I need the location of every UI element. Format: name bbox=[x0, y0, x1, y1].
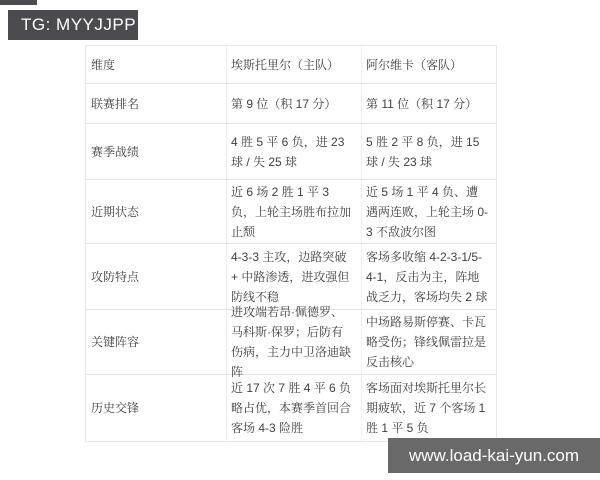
page: TG: MYYJJPP 维度 埃斯托里尔（主队） 阿尔维卡（客队） 联赛排名 第… bbox=[0, 0, 600, 480]
site-watermark-url: www.load-kai-yun.com bbox=[409, 446, 579, 466]
row-away-value: 第 11 位（积 17 分） bbox=[361, 84, 496, 123]
row-away-value: 客场面对埃斯托里尔长期疲软，近 7 个客场 1 胜 1 平 5 负 bbox=[361, 375, 496, 441]
row-away-value: 中场路易斯停赛、卡瓦略受伤；锋线佩雷拉是反击核心 bbox=[361, 310, 496, 374]
table-row-attack-defense: 攻防特点 4-3-3 主攻，边路突破 + 中路渗透，进攻强但防线不稳 客场多收缩… bbox=[86, 243, 496, 309]
table-row-key-lineup: 关键阵容 进攻端若昂·佩德罗、马科斯·保罗；后防有伤病，主力中卫洛迪缺阵 中场路… bbox=[86, 309, 496, 374]
tg-badge-label: TG: MYYJJPP bbox=[21, 15, 136, 35]
header-home-team: 埃斯托里尔（主队） bbox=[226, 46, 361, 83]
table-row-league-ranking: 联赛排名 第 9 位（积 17 分） 第 11 位（积 17 分） bbox=[86, 83, 496, 123]
row-dimension-label: 赛季战绩 bbox=[86, 124, 226, 179]
row-away-value: 客场多收缩 4-2-3-1/5-4-1，反击为主，阵地战乏力，客场均失 2 球 bbox=[361, 244, 496, 309]
row-dimension-label: 关键阵容 bbox=[86, 310, 226, 374]
row-home-value: 近 17 次 7 胜 4 平 6 负略占优，本赛季首回合客场 4-3 险胜 bbox=[226, 375, 361, 441]
header-away-team: 阿尔维卡（客队） bbox=[361, 46, 496, 83]
row-dimension-label: 攻防特点 bbox=[86, 244, 226, 309]
row-dimension-label: 联赛排名 bbox=[86, 84, 226, 123]
table-row-recent-form: 近期状态 近 6 场 2 胜 1 平 3 负，上轮主场胜布拉加止颓 近 5 场 … bbox=[86, 179, 496, 243]
row-away-value: 5 胜 2 平 8 负，进 15 球 / 失 23 球 bbox=[361, 124, 496, 179]
table-row-head-to-head: 历史交锋 近 17 次 7 胜 4 平 6 负略占优，本赛季首回合客场 4-3 … bbox=[86, 374, 496, 441]
row-dimension-label: 近期状态 bbox=[86, 180, 226, 243]
header-dimension: 维度 bbox=[86, 46, 226, 83]
site-watermark: www.load-kai-yun.com bbox=[388, 438, 600, 473]
table-row-season-record: 赛季战绩 4 胜 5 平 6 负，进 23 球 / 失 25 球 5 胜 2 平… bbox=[86, 123, 496, 179]
team-comparison-table: 维度 埃斯托里尔（主队） 阿尔维卡（客队） 联赛排名 第 9 位（积 17 分）… bbox=[85, 45, 497, 442]
row-home-value: 近 6 场 2 胜 1 平 3 负，上轮主场胜布拉加止颓 bbox=[226, 180, 361, 243]
tg-badge: TG: MYYJJPP bbox=[8, 10, 138, 40]
row-home-value: 4-3-3 主攻，边路突破 + 中路渗透，进攻强但防线不稳 bbox=[226, 244, 361, 309]
row-home-value: 4 胜 5 平 6 负，进 23 球 / 失 25 球 bbox=[226, 124, 361, 179]
row-home-value: 第 9 位（积 17 分） bbox=[226, 84, 361, 123]
row-dimension-label: 历史交锋 bbox=[86, 375, 226, 441]
row-home-value: 进攻端若昂·佩德罗、马科斯·保罗；后防有伤病，主力中卫洛迪缺阵 bbox=[226, 310, 361, 374]
row-away-value: 近 5 场 1 平 4 负、遭遇两连败，上轮主场 0-3 不敌波尔图 bbox=[361, 180, 496, 243]
table-header-row: 维度 埃斯托里尔（主队） 阿尔维卡（客队） bbox=[86, 46, 496, 83]
corner-watermark-fragment bbox=[0, 0, 37, 5]
